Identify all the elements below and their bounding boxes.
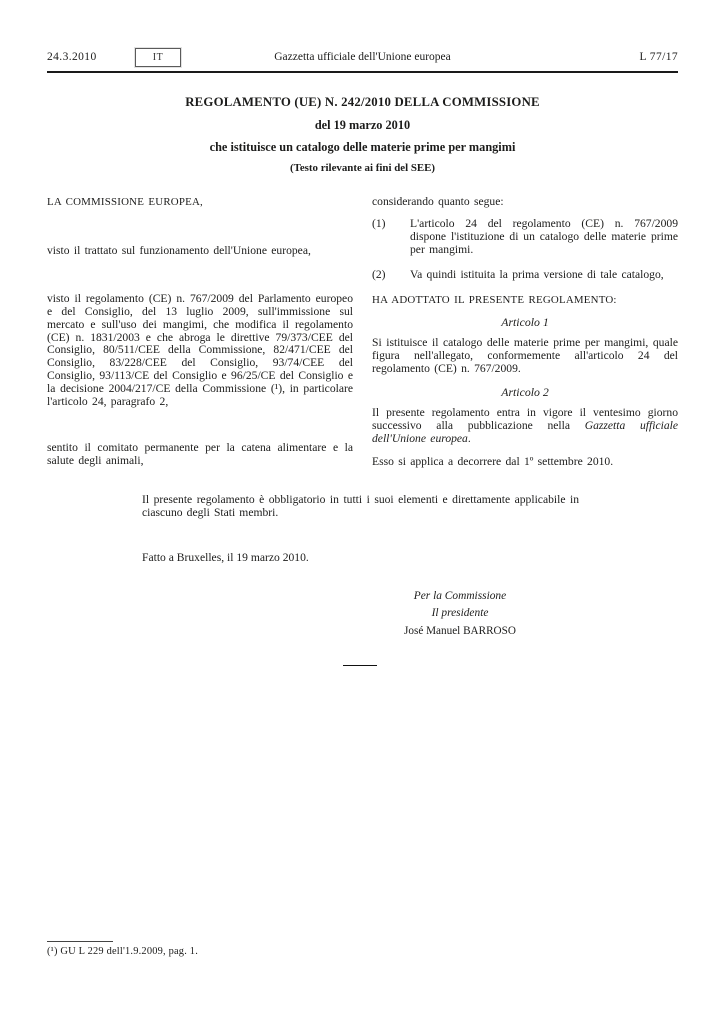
closing-block: Il presente regolamento è obbligatorio i… — [142, 493, 579, 519]
signature-role: Il presidente — [340, 605, 580, 622]
journal-title: Gazzetta ufficiale dell'Unione europea — [47, 51, 678, 63]
article-1-heading: Articolo 1 — [372, 316, 678, 329]
page-reference: L 77/17 — [640, 51, 678, 63]
recital-2: (2) Va quindi istituita la prima version… — [372, 269, 678, 282]
regulation-title: REGOLAMENTO (UE) N. 242/2010 DELLA COMMI… — [47, 95, 678, 110]
recital-1: (1) L'articolo 24 del regolamento (CE) n… — [372, 218, 678, 257]
place-and-date: Fatto a Bruxelles, il 19 marzo 2010. — [142, 551, 309, 564]
left-column: LA COMMISSIONE EUROPEA, visto il trattat… — [47, 196, 353, 469]
regulation-title-block: REGOLAMENTO (UE) N. 242/2010 DELLA COMMI… — [47, 95, 678, 174]
oj-document-page: 24.3.2010 IT Gazzetta ufficiale dell'Uni… — [0, 0, 725, 1024]
right-column: considerando quanto segue: (1) L'articol… — [372, 196, 678, 469]
signature-on-behalf: Per la Commissione — [340, 588, 580, 605]
regulation-date: del 19 marzo 2010 — [47, 118, 678, 133]
page-header: 24.3.2010 IT Gazzetta ufficiale dell'Uni… — [47, 48, 678, 68]
article-2-body-post: . — [468, 432, 471, 445]
article-1-body: Si istituisce il catalogo delle materie … — [372, 337, 678, 376]
article-2-body: Il presente regolamento entra in vigore … — [372, 407, 678, 446]
header-rule — [47, 71, 678, 73]
recital-2-number: (2) — [372, 269, 410, 282]
footnote: (¹) GU L 229 dell'1.9.2009, pag. 1. — [47, 946, 198, 957]
footnote-rule — [47, 941, 113, 942]
citation-treaty: visto il trattato sul funzionamento dell… — [47, 245, 353, 258]
enacting-formula: HA ADOTTATO IL PRESENTE REGOLAMENTO: — [372, 294, 678, 307]
article-2-heading: Articolo 2 — [372, 386, 678, 399]
citation-regulation: visto il regolamento (CE) n. 767/2009 de… — [47, 293, 353, 409]
regulation-subject: che istituisce un catalogo delle materie… — [47, 140, 678, 155]
two-column-body: LA COMMISSIONE EUROPEA, visto il trattat… — [47, 196, 678, 469]
preamble-opening: LA COMMISSIONE EUROPEA, — [47, 196, 353, 209]
eea-relevance-note: (Testo rilevante ai fini del SEE) — [47, 162, 678, 174]
article-2-application: Esso si applica a decorrere dal 1º sette… — [372, 456, 678, 469]
signature-block: Per la Commissione Il presidente José Ma… — [340, 588, 580, 640]
binding-clause: Il presente regolamento è obbligatorio i… — [142, 493, 579, 519]
recital-1-text: L'articolo 24 del regolamento (CE) n. 76… — [410, 218, 678, 257]
end-divider — [343, 665, 377, 666]
citation-committee: sentito il comitato permanente per la ca… — [47, 442, 353, 468]
signature-name: José Manuel BARROSO — [340, 623, 580, 640]
recital-2-text: Va quindi istituita la prima versione di… — [410, 269, 678, 282]
recital-1-number: (1) — [372, 218, 410, 257]
recitals-intro: considerando quanto segue: — [372, 196, 678, 209]
